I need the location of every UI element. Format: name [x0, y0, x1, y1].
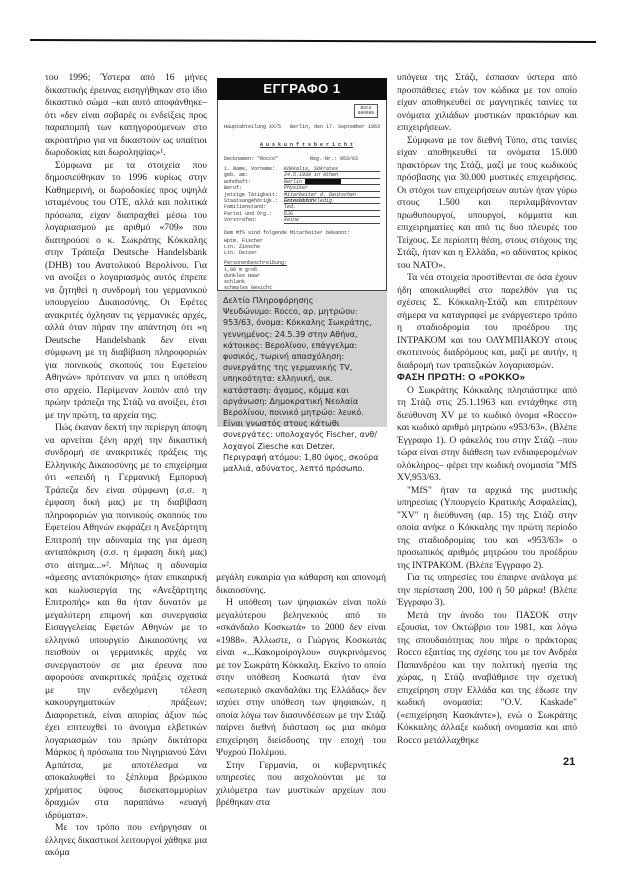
figure-caption: Δελτίο Πληροφόρησης Ψευδώνυμο: Rocco, αρ… — [217, 291, 387, 427]
paragraph: υπόγεια της Στάζι, έσπασαν ύστερα από πρ… — [397, 72, 577, 135]
scan-form-title: A u s k u n f t s b e r i c h t — [260, 142, 353, 149]
caption-description: Περιγραφή ατόμου: 1,80 ύψος, σκούρα μαλλ… — [223, 452, 381, 474]
scan-decknamen-label: Decknamen: — [224, 156, 254, 162]
paragraph: Μετά την άνοδο του ΠΑΣΟΚ στην εξουσία, τ… — [397, 610, 577, 748]
scan-description: schmales Gesicht — [224, 285, 272, 292]
figure-title: ΕΓΓΡΑΦΟ 1 — [217, 78, 387, 100]
scan-reg-label: Reg.-Nr.: — [310, 156, 337, 162]
scan-decknamen-value: "Rocco" — [257, 156, 278, 162]
scan-field: Vorstrafen:keine — [224, 217, 380, 223]
right-column: υπόγεια της Στάζι, έσπασαν ύστερα από πρ… — [397, 72, 577, 747]
scan-fields: 1. Name, Vorname:Kókkalis, Sókrates geb.… — [224, 166, 380, 224]
header-rule — [30, 39, 596, 43]
left-column: του 1996; Ύστερα από 16 μήνες δικαστικής… — [45, 72, 207, 860]
caption-title: Δελτίο Πληροφόρησης — [223, 295, 381, 306]
page-number: 21 — [563, 756, 575, 768]
scan-contact: Ltn. Detzer — [224, 250, 257, 257]
caption-text: Ψευδώνυμο: Rocco, αρ. μητρώου: 953/63, ό… — [223, 306, 381, 452]
paragraph: Η υπόθεση των ψηφιακών είναι πολύ μεγαλύ… — [216, 597, 386, 760]
paragraph: Για τις υπηρεσίες του έπαιρνε ανάλογα με… — [397, 572, 577, 610]
paragraph: Με τον τρόπο που ενήργησαν οι έλληνες δι… — [45, 822, 207, 860]
paragraph: μεγάλη ευκαιρία για κάθαρση και απονομή … — [216, 572, 386, 597]
scanned-document: BStU 000089 Hauptabteilung XX/5 Berlin, … — [217, 100, 387, 291]
paragraph: Ο Σωκράτης Κόκκαλης πλησιάστηκε από τη Σ… — [397, 385, 577, 485]
paragraph: Σύμφωνα με τα στοιχεία που δημοσιεύθηκαν… — [45, 160, 207, 423]
scan-reg-value: 953/63 — [340, 156, 358, 162]
scan-header-left: Hauptabteilung XX/5 — [224, 124, 281, 131]
scan-contacts-line: Dem MfS sind folgende Mitarbeiter bekann… — [224, 230, 350, 237]
redaction-bar — [305, 179, 341, 184]
paragraph: Στην Γερμανία, οι κυβερνητικές υπηρεσίες… — [216, 760, 386, 810]
document-figure: ΕΓΓΡΑΦΟ 1 BStU 000089 Hauptabteilung XX/… — [217, 78, 387, 427]
scan-description-label: Personenbeschreibung: — [224, 260, 287, 267]
paragraph: Σύμφωνα με τον διεθνή Τύπο, στις ταινίες… — [397, 135, 577, 273]
paragraph: Πώς έκαναν δεκτή την περίεργη άποψη να α… — [45, 422, 207, 822]
section-heading: ΦΑΣΗ ΠΡΩΤΗ: Ο «ΡΟΚΚΟ» — [397, 372, 577, 385]
archive-stamp: BStU 000089 — [354, 104, 378, 118]
paragraph: του 1996; Ύστερα από 16 μήνες δικαστικής… — [45, 72, 207, 160]
scan-header-right: Berlin, den 17. September 1963 — [290, 124, 380, 131]
middle-column: μεγάλη ευκαιρία για κάθαρση και απονομή … — [216, 572, 386, 810]
paragraph: Τα νέα στοιχεία προστίθενται σε όσα έχου… — [397, 272, 577, 372]
paragraph: "MfS" ήταν τα αρχικά της μυστικής υπηρεσ… — [397, 485, 577, 573]
